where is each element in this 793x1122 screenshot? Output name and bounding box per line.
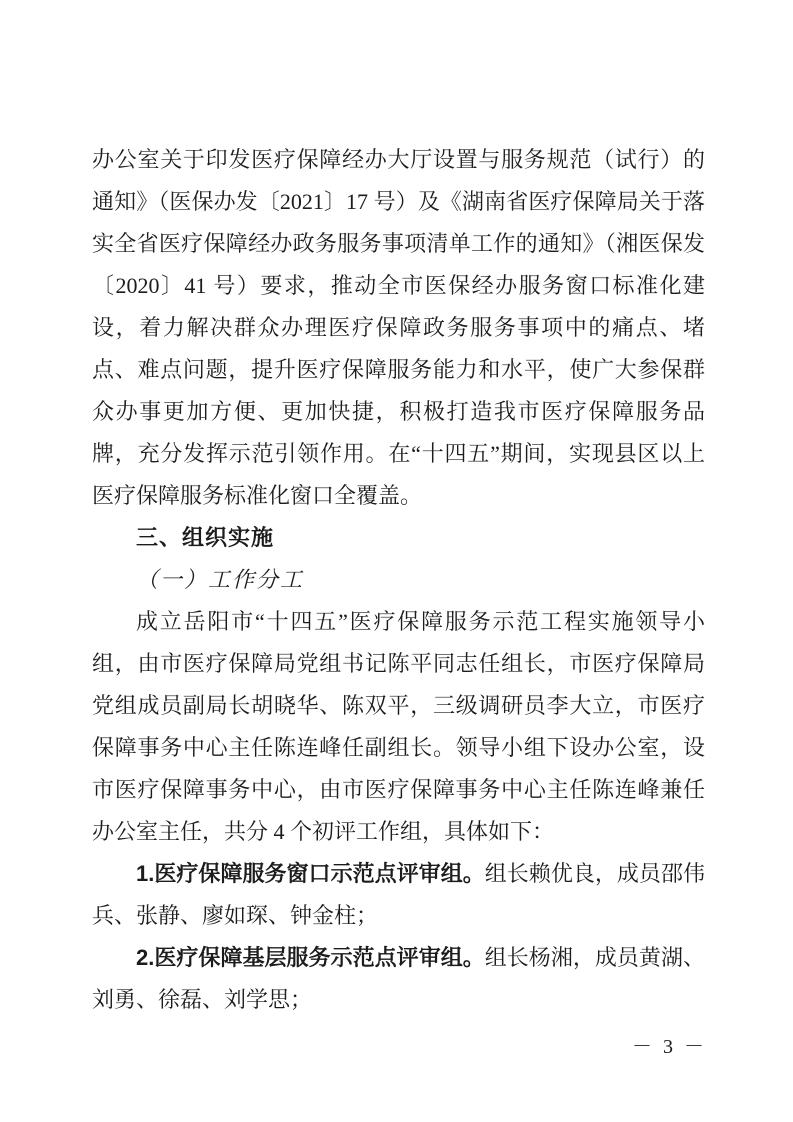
- body-paragraph-continuation: 办公室关于印发医疗保障经办大厅设置与服务规范（试行）的通知》（医保办发〔2021…: [92, 139, 705, 517]
- list-item-1-title: 1.医疗保障服务窗口示范点评审组。: [136, 861, 485, 886]
- document-page: 办公室关于印发医疗保障经办大厅设置与服务规范（试行）的通知》（医保办发〔2021…: [0, 0, 793, 1122]
- list-item: 1.医疗保障服务窗口示范点评审组。组长赖优良，成员邵伟兵、张静、廖如琛、钟金柱；: [92, 853, 705, 937]
- subsection-heading: （一）工作分工: [92, 559, 705, 601]
- page-number: － 3 －: [632, 1030, 707, 1059]
- list-item: 2.医疗保障基层服务示范点评审组。组长杨湘，成员黄湖、刘勇、徐磊、刘学思；: [92, 937, 705, 1021]
- list-item-2-title: 2.医疗保障基层服务示范点评审组。: [136, 945, 485, 970]
- body-paragraph: 成立岳阳市“十四五”医疗保障服务示范工程实施领导小组，由市医疗保障局党组书记陈平…: [92, 601, 705, 853]
- section-heading: 三、组织实施: [92, 517, 705, 559]
- document-content: 办公室关于印发医疗保障经办大厅设置与服务规范（试行）的通知》（医保办发〔2021…: [92, 139, 705, 1021]
